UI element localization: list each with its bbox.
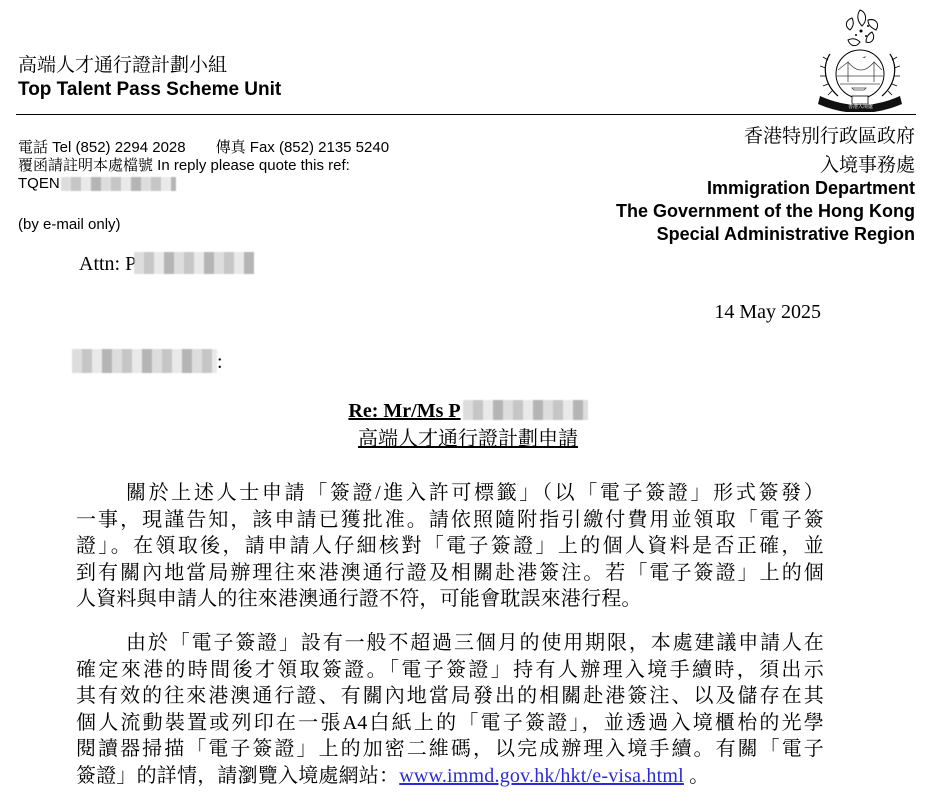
redacted-reference: [61, 177, 176, 191]
salutation: :: [72, 349, 223, 374]
paragraph-line: 由於「電子簽證」設有一般不超過三個月的使用期限，本處建議申請人在: [76, 630, 824, 657]
delivery-method: (by e-mail only): [18, 216, 121, 234]
paragraph-last-line: 簽證」的詳情，請瀏覽入境處網站：www.immd.gov.hk/hkt/e-vi…: [76, 763, 824, 790]
attention-prefix: Attn: P: [79, 253, 136, 275]
subject-chinese: 高端人才通行證計劃申請: [0, 426, 946, 452]
contact-block: 電話 Tel (852) 2294 2028傳真 Fax (852) 2135 …: [18, 139, 389, 193]
redacted-recipient-name: [463, 400, 588, 420]
paragraph-line: 閱讀器掃描「電子簽證」上的加密二維碼，以完成辦理入境手續。有關「電子: [76, 736, 824, 763]
subject-line: Re: Mr/Ms P: [0, 399, 946, 423]
attention-line: Attn: P: [79, 252, 254, 276]
paragraph-line: 其有效的往來港澳通行證、有關內地當局發出的相關赴港簽注、以及儲存在其: [76, 683, 824, 710]
government-name-english-2: Special Administrative Region: [616, 223, 915, 246]
paragraph-line: 確定來港的時間後才領取簽證。「電子簽證」持有人辦理入境手續時，須出示: [76, 657, 824, 684]
paragraph-line: 一事，現謹告知，該申請已獲批准。請依照隨附指引繳付費用並領取「電子簽: [76, 507, 824, 534]
redacted-salutation: [72, 349, 217, 373]
evisa-website-link[interactable]: www.immd.gov.hk/hkt/e-visa.html: [399, 765, 684, 787]
redacted-attention-name: [134, 252, 254, 274]
subject-recipient: Re: Mr/Ms P: [348, 400, 460, 422]
paragraph-line: 個人流動裝置或列印在一張A4白紙上的「電子簽證」，並透過入境櫃枱的光學: [76, 710, 824, 737]
paragraph-line: 人資料與申請人的往來港澳通行證不符，可能會耽誤來港行程。: [76, 586, 824, 613]
reference-prefix: TQEN: [18, 175, 60, 192]
paragraph-evisa-usage: 由於「電子簽證」設有一般不超過三個月的使用期限，本處建議申請人在 確定來港的時間…: [76, 630, 824, 790]
paragraph-end: 。: [684, 765, 709, 787]
fax-number: 傳真 Fax (852) 2135 5240: [216, 139, 389, 156]
reference-number: TQEN: [18, 175, 389, 193]
immigration-department-emblem-icon: 香港入境處: [812, 4, 908, 112]
paragraph-line: 證」。在領取後，請申請人仔細核對「電子簽證」上的個人資料是否正確，並: [76, 533, 824, 560]
paragraph-line: 到有關內地當局辦理往來港澳通行證及相關赴港簽注。若「電子簽證」上的個: [76, 560, 824, 587]
government-name-english-1: The Government of the Hong Kong: [616, 200, 915, 223]
government-block: 香港特別行政區政府 入境事務處 Immigration Department T…: [616, 125, 915, 246]
header-divider: [16, 114, 916, 115]
phone-number: 電話 Tel (852) 2294 2028: [18, 139, 186, 156]
salutation-colon: :: [217, 351, 223, 373]
paragraph-approval: 關於上述人士申請「簽證/進入許可標籤」（以「電子簽證」形式簽發） 一事，現謹告知…: [76, 480, 824, 613]
unit-name-chinese: 高端人才通行證計劃小組: [18, 55, 227, 77]
svg-text:香港入境處: 香港入境處: [848, 103, 873, 110]
unit-name-english: Top Talent Pass Scheme Unit: [18, 79, 281, 101]
paragraph-line: 關於上述人士申請「簽證/進入許可標籤」（以「電子簽證」形式簽發）: [76, 480, 824, 507]
website-prompt: 簽證」的詳情，請瀏覽入境處網站：: [76, 765, 399, 787]
government-name-chinese: 香港特別行政區政府: [616, 125, 915, 149]
department-name-chinese: 入境事務處: [616, 155, 915, 177]
department-name-english: Immigration Department: [616, 177, 915, 200]
reference-label: 覆函請註明本處檔號 In reply please quote this ref…: [18, 157, 389, 175]
contact-phone-fax-row: 電話 Tel (852) 2294 2028傳真 Fax (852) 2135 …: [18, 139, 389, 157]
letter-date: 14 May 2025: [714, 300, 821, 324]
